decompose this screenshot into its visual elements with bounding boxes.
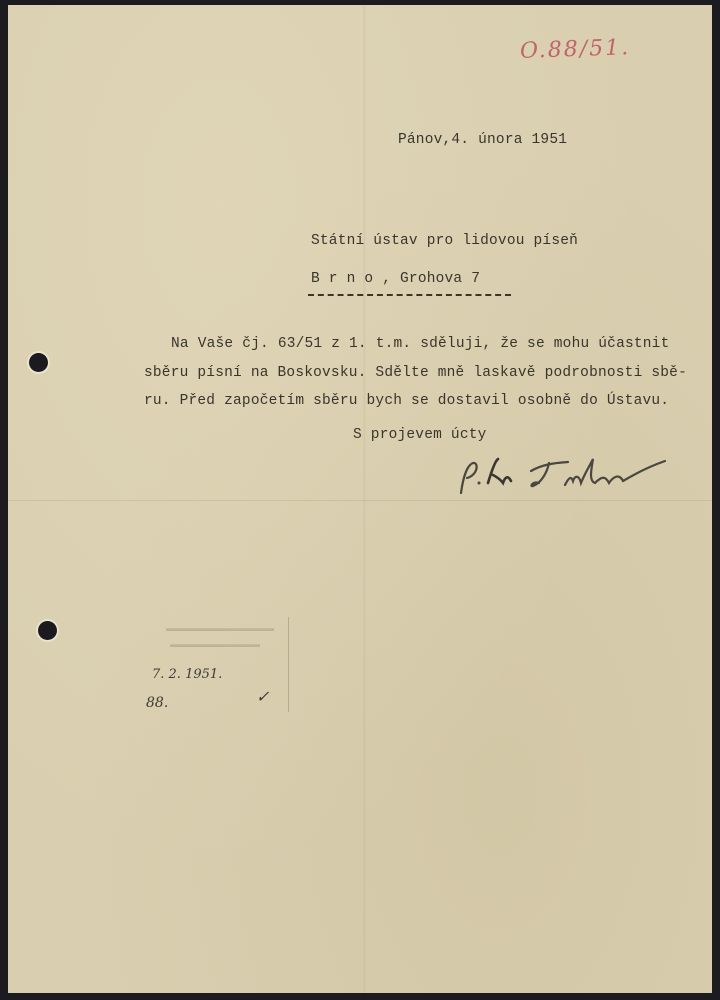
recipient-name: Státní ústav pro lidovou píseň [311,234,578,249]
closing-salutation: S projevem úcty [353,428,487,443]
recipient-address: B r n o , Grohova 7 [311,272,480,287]
stamp-received-date: 7. 2. 1951. [152,667,222,682]
stamp-entry-number: 88. [146,695,168,711]
body-line-2: sběru písní na Boskovsku. Sdělte mně las… [144,366,687,381]
address-underline [308,294,511,296]
archive-reference-number: O.88/51. [520,35,631,64]
place-and-date: Pánov,4. února 1951 [398,133,567,148]
paper-sheet: O.88/51. Pánov,4. února 1951 Státní ústa… [8,5,712,993]
scanned-document: O.88/51. Pánov,4. února 1951 Státní ústa… [0,0,720,1000]
body-line-1: Na Vaše čj. 63/51 z 1. t.m. sděluji, že … [171,337,669,352]
received-stamp: ▬▬▬▬▬▬▬▬▬▬▬▬ ▬▬▬▬▬▬▬▬▬▬ 7. 2. 1951. 88. … [148,617,289,712]
handwritten-signature [453,453,678,503]
punch-hole-lower [38,621,57,640]
stamp-faded-text: ▬▬▬▬▬▬▬▬▬▬▬▬ [166,623,274,633]
stamp-check-mark: ✓ [256,687,269,706]
punch-hole-upper [29,353,48,372]
stamp-faded-text: ▬▬▬▬▬▬▬▬▬▬ [170,639,260,649]
body-line-3: ru. Před započetím sběru bych se dostavi… [144,394,669,409]
